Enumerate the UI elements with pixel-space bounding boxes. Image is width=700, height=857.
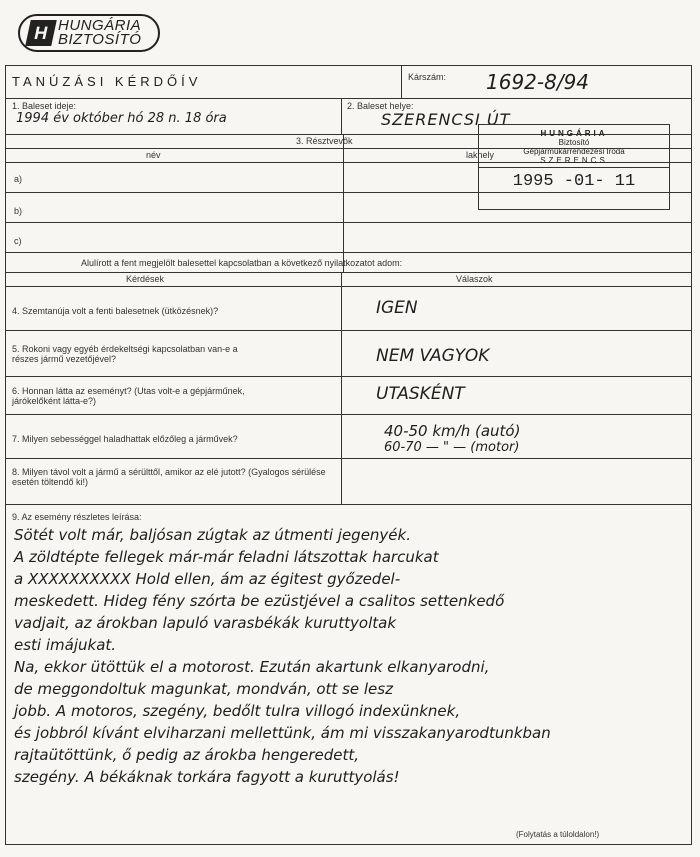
statement-text: Alulírott a fent megjelölt balesettel ka…	[81, 258, 402, 268]
narrative-line: szegény. A békáknak torkára fagyott a ku…	[14, 766, 674, 788]
continued-note: (Folytatás a túloldalon!)	[516, 830, 599, 839]
narrative-line: és jobbról kívánt elviharzani mellettünk…	[14, 722, 674, 744]
participants-heading: 3. Résztvevők	[296, 136, 353, 146]
participant-a: a)	[14, 174, 22, 184]
narrative-line: de meggondoltuk magunkat, mondván, ott s…	[14, 678, 674, 700]
form-title: TANÚZÁSI KÉRDŐÍV	[12, 74, 201, 89]
question-4: 4. Szemtanúja volt a fenti balesetnek (ü…	[12, 306, 332, 316]
question-9: 9. Az esemény részletes leírása:	[12, 512, 142, 522]
narrative-line: rajtaütöttünk, ő pedig az árokba hengere…	[14, 744, 674, 766]
claim-number-label: Kárszám:	[408, 72, 446, 82]
column-name: név	[146, 150, 161, 160]
participant-c: c)	[14, 236, 22, 246]
accident-date-label: 1. Baleset ideje:	[12, 101, 76, 111]
received-stamp: HUNGÁRIA Biztosító Gépjárműkárrendezési …	[478, 124, 670, 210]
question-7: 7. Milyen sebességgel haladhattak előzől…	[12, 434, 332, 444]
narrative-line: vadjait, az árokban lapuló varasbékák ku…	[14, 612, 674, 634]
narrative-line: A zöldtépte fellegek már-már feladni lát…	[14, 546, 674, 568]
answer-6[interactable]: UTASKÉNT	[376, 384, 465, 404]
answer-5[interactable]: NEM VAGYOK	[376, 346, 489, 366]
stamp-date: 1995 -01- 11	[479, 172, 669, 191]
column-questions: Kérdések	[126, 274, 164, 284]
event-description[interactable]: Sötét volt már, baljósan zúgtak az útmen…	[14, 524, 674, 788]
claim-number-value[interactable]: 1692-8/94	[486, 70, 589, 94]
narrative-line: Sötét volt már, baljósan zúgtak az útmen…	[14, 524, 674, 546]
accident-date-value[interactable]: 1994 év október hó 28 n. 18 óra	[16, 111, 227, 126]
answer-7-motor[interactable]: 60-70 — " — (motor)	[384, 440, 519, 455]
answer-4[interactable]: IGEN	[376, 298, 418, 318]
column-answers: Válaszok	[456, 274, 493, 284]
logo-line2: BIZTOSÍTÓ	[58, 33, 141, 47]
narrative-line: a XXXXXXXXXX Hold ellen, ám az égitest g…	[14, 568, 674, 590]
question-6: 6. Honnan látta az eseményt? (Utas volt-…	[12, 386, 292, 406]
narrative-line: jobb. A motoros, szegény, bedőlt tulra v…	[14, 700, 674, 722]
question-5: 5. Rokoni vagy egyéb érdekeltségi kapcso…	[12, 344, 262, 364]
narrative-line: esti imájukat.	[14, 634, 674, 656]
narrative-line: meskedett. Hideg fény szórta be ezüstjév…	[14, 590, 674, 612]
question-8: 8. Milyen távol volt a jármű a sérülttől…	[12, 467, 352, 487]
participant-b: b)	[14, 206, 22, 216]
narrative-line: Na, ekkor ütöttük el a motorost. Ezután …	[14, 656, 674, 678]
logo-mark-icon: H	[25, 20, 57, 46]
hungaria-logo: H HUNGÁRIA BIZTOSÍTÓ	[18, 14, 160, 52]
answer-7-car[interactable]: 40-50 km/h (autó)	[384, 422, 520, 440]
divider	[401, 66, 402, 98]
